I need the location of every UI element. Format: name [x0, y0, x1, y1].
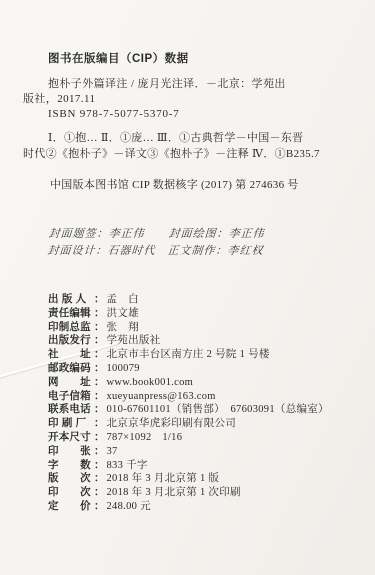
pub-value: 248.00 元 — [107, 501, 151, 512]
pub-value: 北京市丰台区南方庄 2 号院 1 号楼 — [107, 349, 270, 360]
pub-label: 出版发行 — [48, 334, 94, 348]
pub-colon: ： — [94, 459, 105, 471]
pub-value: www.book001.com — [107, 377, 194, 388]
pub-info-row-website: 网 址：www.book001.com — [48, 376, 365, 390]
pub-colon: ： — [94, 403, 105, 415]
cip-catalog-entry: 抱朴子外篇译注 / 庞月光注译．－北京：学苑出 版社，2017.11 — [23, 77, 357, 107]
pub-value: 787×1092 1/16 — [107, 432, 183, 443]
pub-info-row-wordcount: 字 数：833 千字 — [48, 459, 365, 473]
pub-info-row-format: 开本尺寸：787×1092 1/16 — [48, 431, 365, 445]
pub-colon: ： — [94, 348, 105, 360]
cip-record-number: 中国版本图书馆 CIP 数据核字 (2017) 第 274636 号 — [50, 176, 299, 192]
credit-line-design: 封面设计：石器时代 正文制作：李红权 — [47, 243, 264, 260]
pub-value: 010-67601101（销售部） 67603091（总编室） — [107, 404, 329, 415]
pub-value: 北京京华虎彩印刷有限公司 — [107, 418, 237, 429]
pub-colon: ： — [94, 334, 105, 346]
pub-info-row-postcode: 邮政编码：100079 — [48, 362, 365, 376]
pub-value: 2018 年 3 月北京第 1 次印刷 — [107, 487, 241, 498]
cip-class-line-2: 时代②《抱朴子》－译文③《抱朴子》－注释 Ⅳ．①B235.7 — [23, 148, 320, 160]
pub-value: 洪文雄 — [107, 308, 139, 319]
pub-value: 2018 年 3 月北京第 1 版 — [107, 473, 220, 484]
publication-info: 出 版 人：孟 白 责任编辑：洪文雄 印制总监：张 翔 出版发行：学苑出版社 社… — [48, 293, 365, 514]
credits-section: 封面题签：李正伟 封面绘图：李正伟 封面设计：石器时代 正文制作：李红权 — [47, 226, 265, 259]
pub-value: 孟 白 — [107, 294, 139, 305]
pub-label: 开本尺寸 — [48, 431, 94, 445]
pub-label: 印 刷 厂 — [48, 417, 94, 431]
pub-value: xueyuanpress@163.com — [107, 391, 216, 402]
pub-value: 学苑出版社 — [107, 335, 161, 346]
pub-info-row-email: 电子信箱：xueyuanpress@163.com — [48, 390, 365, 404]
pub-value: 100079 — [107, 363, 140, 374]
pub-info-row-printer: 印 刷 厂：北京京华虎彩印刷有限公司 — [48, 417, 365, 431]
pub-colon: ： — [94, 390, 105, 402]
pub-colon: ： — [94, 376, 105, 388]
pub-info-row-price: 定 价：248.00 元 — [48, 500, 365, 514]
pub-label: 印 次 — [48, 486, 94, 500]
pub-label: 版 次 — [48, 472, 94, 486]
pub-label: 印 张 — [48, 445, 94, 459]
cip-entry-line-2: 版社，2017.11 — [23, 93, 95, 105]
pub-colon: ： — [94, 500, 105, 512]
pub-colon: ： — [94, 472, 105, 484]
pub-label: 责任编辑 — [48, 307, 94, 321]
pub-colon: ： — [94, 486, 105, 498]
pub-info-row-sheets: 印 张：37 — [48, 445, 365, 459]
pub-colon: ： — [94, 307, 105, 319]
pub-value: 37 — [107, 446, 118, 457]
copyright-page: 图书在版编目（CIP）数据 抱朴子外篇译注 / 庞月光注译．－北京：学苑出 版社… — [0, 0, 375, 575]
cip-entry-line-1: 抱朴子外篇译注 / 庞月光注译．－北京：学苑出 — [23, 77, 357, 92]
pub-label: 邮政编码 — [48, 362, 94, 376]
pub-info-row-impression: 印 次：2018 年 3 月北京第 1 次印刷 — [48, 486, 365, 500]
pub-colon: ： — [94, 445, 105, 457]
cip-class-line-1: Ⅰ．①抱… Ⅱ．①庞… Ⅲ．①古典哲学－中国－东晋 — [23, 131, 361, 147]
pub-info-row-print-director: 印制总监：张 翔 — [48, 321, 365, 335]
pub-info-row-publisher: 出 版 人：孟 白 — [48, 293, 365, 307]
pub-label: 字 数 — [48, 459, 94, 473]
pub-value: 张 翔 — [107, 322, 139, 333]
pub-colon: ： — [94, 293, 105, 305]
credit-line-cover: 封面题签：李正伟 封面绘图：李正伟 — [48, 226, 265, 243]
pub-label: 网 址 — [48, 376, 94, 390]
pub-info-row-address: 社 址：北京市丰台区南方庄 2 号院 1 号楼 — [48, 348, 365, 362]
pub-label: 社 址 — [48, 348, 94, 362]
pub-colon: ： — [94, 362, 105, 374]
pub-label: 定 价 — [48, 500, 94, 514]
cip-classification: Ⅰ．①抱… Ⅱ．①庞… Ⅲ．①古典哲学－中国－东晋 时代②《抱朴子》－译文③《抱… — [23, 131, 361, 162]
pub-label: 电子信箱 — [48, 390, 94, 404]
cip-heading: 图书在版编目（CIP）数据 — [48, 50, 189, 66]
pub-info-row-edition: 版 次：2018 年 3 月北京第 1 版 — [48, 472, 365, 486]
pub-label: 印制总监 — [48, 321, 94, 335]
pub-colon: ： — [94, 417, 105, 429]
isbn-line: ISBN 978-7-5077-5370-7 — [48, 108, 180, 120]
pub-info-row-editor: 责任编辑：洪文雄 — [48, 307, 365, 321]
pub-label: 联系电话 — [48, 403, 94, 417]
pub-label: 出 版 人 — [48, 293, 94, 307]
pub-info-row-publishing-house: 出版发行：学苑出版社 — [48, 334, 365, 348]
pub-colon: ： — [94, 321, 105, 333]
pub-colon: ： — [94, 431, 105, 443]
pub-info-row-phone: 联系电话：010-67601101（销售部） 67603091（总编室） — [48, 403, 365, 417]
pub-value: 833 千字 — [107, 460, 148, 471]
